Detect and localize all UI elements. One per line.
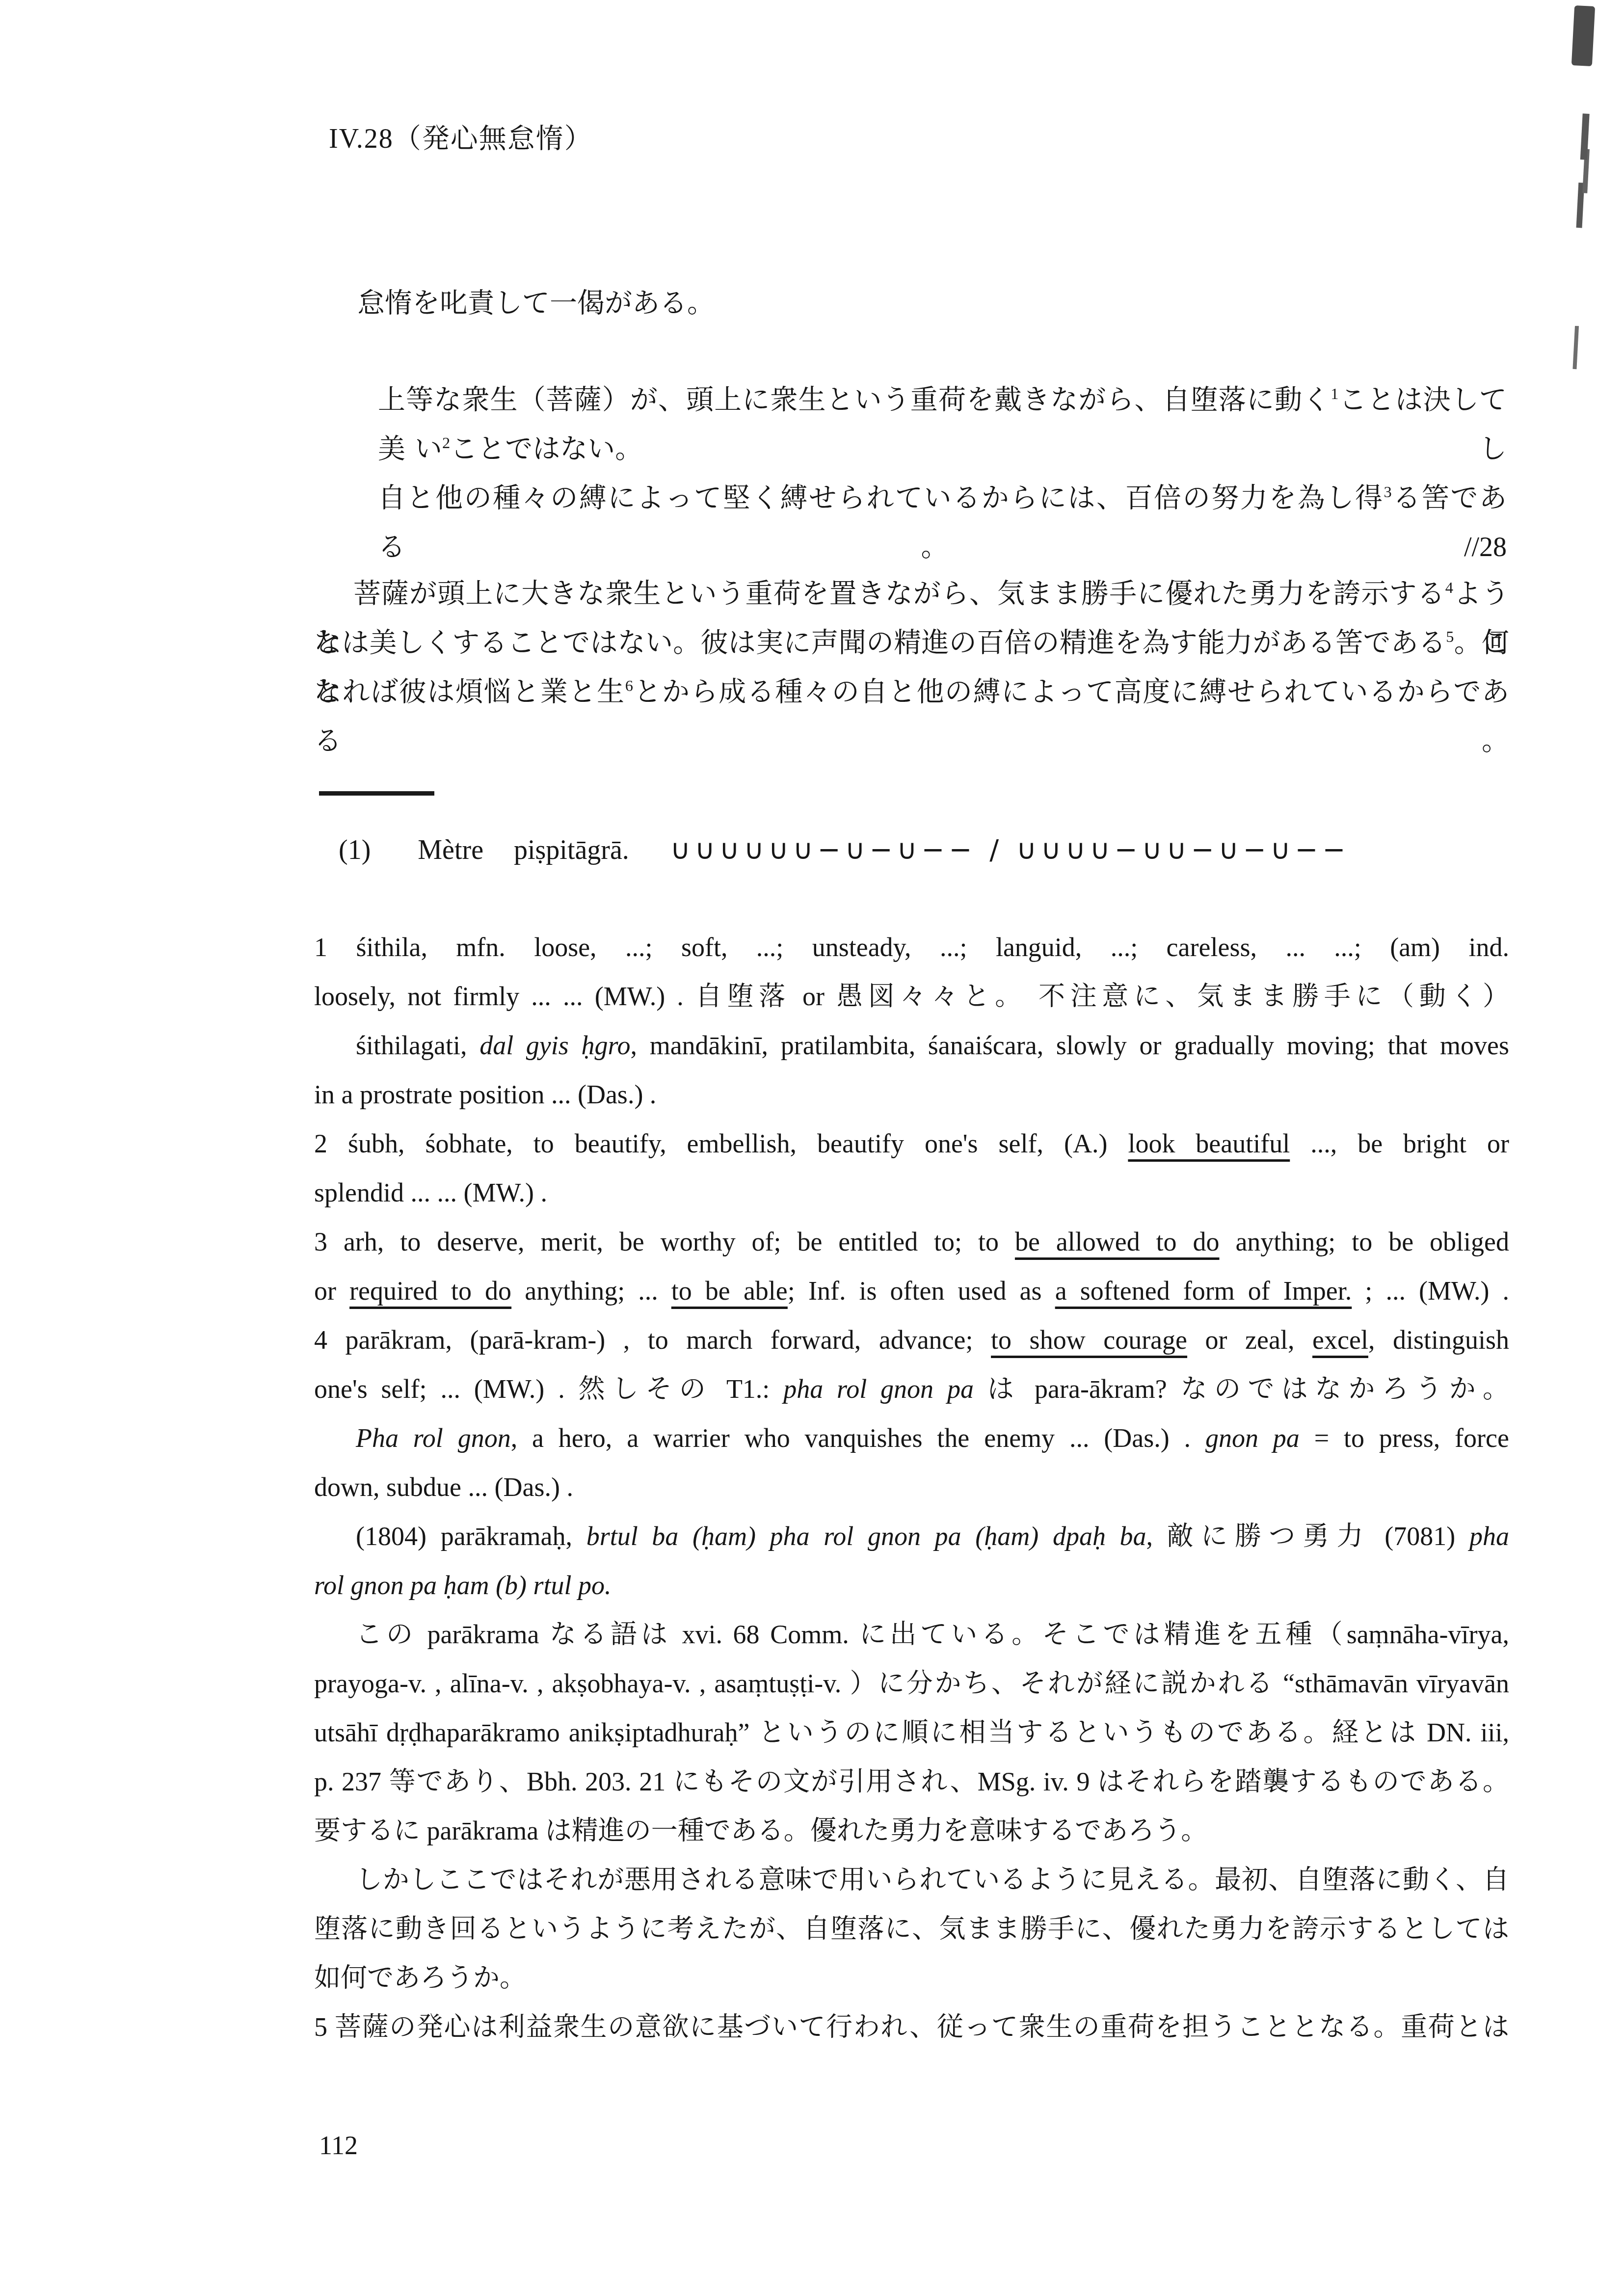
text-line: down, subdue ... (Das.) . xyxy=(314,1463,1509,1512)
metre-line: (1)Mètrepiṣpitāgrā.∪∪∪∪∪∪−∪−∪−− / ∪∪∪∪−∪… xyxy=(339,826,1350,875)
text-segment: 要するに parākrama は精進の一種である。優れた勇力を意味するであろう。 xyxy=(314,1816,1207,1845)
page-header: IV.28（発心無怠惰） xyxy=(329,117,593,156)
text-segment: 2 śubh, śobhate, to beautify, embellish,… xyxy=(314,1129,1128,1158)
text-segment: ; ... (MW.) . xyxy=(1352,1276,1509,1306)
text-segment: ことではない。 xyxy=(450,434,642,464)
text-segment: 自と他の種々の縛によって堅く縛せられているからには、百倍の努力を為し得 xyxy=(378,483,1384,513)
text-segment: in a prostrate position ... (Das.) . xyxy=(314,1080,656,1109)
text-line: Pha rol gnon, a hero, a warrier who vanq… xyxy=(314,1414,1509,1463)
text-segment: or zeal, xyxy=(1187,1325,1312,1355)
text-segment: (1804) parākramaḥ, xyxy=(356,1522,586,1551)
text-segment: look beautiful xyxy=(1128,1129,1290,1158)
text-segment: しかしここではそれが悪用される意味で用いられているように見える。最初、自堕落に動… xyxy=(356,1865,1509,1895)
text-segment: splendid ... ... (MW.) . xyxy=(314,1178,547,1207)
text-segment: utsāhī dṛḍhaparākramo anikṣiptadhuraḥ” と… xyxy=(314,1718,1509,1747)
note-ref: 6 xyxy=(625,677,633,695)
text-segment: 菩薩が頭上に大きな衆生という重荷を置きながら、気まま勝手に優れた勇力を誇示する xyxy=(353,579,1445,609)
text-segment: gnon pa xyxy=(1205,1423,1300,1453)
text-segment: なれば彼は煩悩と業と生 xyxy=(314,677,625,707)
text-line: とは美しくすることではない。彼は実に声聞の精進の百倍の精進を為す能力がある筈であ… xyxy=(314,618,1509,667)
text-line: or required to do anything; ... to be ab… xyxy=(314,1266,1509,1315)
text-segment: ..., be bright or xyxy=(1290,1129,1509,1158)
text-segment: は para-ākram? なのではなかろうか。 xyxy=(974,1374,1509,1404)
text-segment: to be able xyxy=(671,1276,788,1306)
text-segment: この parākrama なる語は xvi. 68 Comm. に出ている。そこ… xyxy=(356,1620,1509,1649)
text-line: 上等な衆生（菩薩）が、頭上に衆生という重荷を戴きながら、自堕落に動く1ことは決し… xyxy=(378,375,1507,425)
notes-block: 1 śithila, mfn. loose, ...; soft, ...; u… xyxy=(314,923,1509,2052)
text-line: splendid ... ... (MW.) . xyxy=(314,1168,1509,1217)
text-segment: p. 237 等であり、Bbh. 203. 21 にもその文が引用され、MSg.… xyxy=(314,1767,1509,1796)
text-segment: one's self; ... (MW.) . 然しその T1.: xyxy=(314,1374,783,1404)
text-line: 堕落に動き回るというように考えたが、自堕落に、気まま勝手に、優れた勇力を誇示する… xyxy=(314,1904,1509,1953)
text-segment: 3 arh, to deserve, merit, be worthy of; … xyxy=(314,1227,1015,1256)
text-segment: , mandākinī, pratilambita, śanaiścara, s… xyxy=(630,1031,1509,1060)
text-segment: or xyxy=(314,1276,349,1306)
text-line: この parākrama なる語は xvi. 68 Comm. に出ている。そこ… xyxy=(314,1610,1509,1659)
text-segment: とは美しくすることではない。彼は実に声聞の精進の百倍の精進を為す能力がある筈であ… xyxy=(314,628,1446,658)
text-segment: 5 菩薩の発心は利益衆生の意欲に基づいて行われ、従って衆生の重荷を担うこととなる… xyxy=(314,2012,1509,2042)
text-segment: い xyxy=(415,434,442,464)
text-line: 2 śubh, śobhate, to beautify, embellish,… xyxy=(314,1119,1509,1168)
text-segment: , distinguish xyxy=(1368,1325,1509,1355)
text-segment: rol gnon pa ḥam (b) rtul po. xyxy=(314,1571,612,1600)
text-segment: 堕落に動き回るというように考えたが、自堕落に、気まま勝手に、優れた勇力を誇示する… xyxy=(314,1914,1509,1944)
text-segment: loosely, not firmly ... ... (MW.) . 自堕落 … xyxy=(314,982,1509,1011)
text-line: 自と他の種々の縛によって堅く縛せられているからには、百倍の努力を為し得3る筈であ… xyxy=(378,474,1507,523)
text-line: 要するに parākrama は精進の一種である。優れた勇力を意味するであろう。 xyxy=(314,1806,1509,1855)
note-ref: 3 xyxy=(1384,483,1392,501)
text-line: 菩薩が頭上に大きな衆生という重荷を置きながら、気まま勝手に優れた勇力を誇示する4… xyxy=(314,569,1509,618)
note-ref: 5 xyxy=(1446,628,1454,646)
text-segment: excel xyxy=(1312,1325,1368,1355)
text-line: しかしここではそれが悪用される意味で用いられているように見える。最初、自堕落に動… xyxy=(314,1855,1509,1904)
text-segment: brtul ba (ḥam) pha rol gnon pa (ḥam) dpa… xyxy=(586,1522,1146,1551)
note-ref: 2 xyxy=(442,434,450,452)
text-line: utsāhī dṛḍhaparākramo anikṣiptadhuraḥ” と… xyxy=(314,1708,1509,1757)
text-segment: 1 śithila, mfn. loose, ...; soft, ...; u… xyxy=(314,933,1509,962)
note-ref: 1 xyxy=(1331,385,1338,403)
text-segment: , a hero, a warrier who vanquishes the e… xyxy=(511,1423,1205,1453)
text-line: one's self; ... (MW.) . 然しその T1.: pha ro… xyxy=(314,1364,1509,1414)
text-line: 1 śithila, mfn. loose, ...; soft, ...; u… xyxy=(314,923,1509,972)
text-segment: to show courage xyxy=(991,1325,1187,1355)
metre-word: Mètre xyxy=(418,835,483,865)
note-ref: 4 xyxy=(1445,579,1453,597)
text-segment: Pha rol gnon xyxy=(356,1423,511,1453)
text-segment: 如何であろうか。 xyxy=(314,1963,526,1993)
text-line: in a prostrate position ... (Das.) . xyxy=(314,1070,1509,1119)
text-segment: 上等な衆生（菩薩）が、頭上に衆生という重荷を戴きながら、自堕落に動く xyxy=(378,385,1331,415)
page-number: 112 xyxy=(319,2130,358,2161)
text-segment: be allowed to do xyxy=(1015,1227,1220,1256)
text-line: 3 arh, to deserve, merit, be worthy of; … xyxy=(314,1217,1509,1266)
commentary-block: 菩薩が頭上に大きな衆生という重荷を置きながら、気まま勝手に優れた勇力を誇示する4… xyxy=(314,569,1509,717)
text-line: 5 菩薩の発心は利益衆生の意欲に基づいて行われ、従って衆生の重荷を担うこととなる… xyxy=(314,2002,1509,2052)
text-line: (1804) parākramaḥ, brtul ba (ḥam) pha ro… xyxy=(314,1512,1509,1561)
text-segment: required to do xyxy=(349,1276,511,1306)
text-segment: anything; ... xyxy=(511,1276,671,1306)
text-line: prayoga-v. , alīna-v. , akṣobhaya-v. , a… xyxy=(314,1659,1509,1708)
scanned-page: IV.28（発心無怠惰） 怠惰を叱責して一偈がある。 上等な衆生（菩薩）が、頭上… xyxy=(0,0,1624,2296)
text-segment: dal gyis ḥgro xyxy=(479,1031,630,1060)
scan-artifact xyxy=(1571,5,1595,66)
text-segment: ; Inf. is often used as xyxy=(788,1276,1055,1306)
text-segment: a softened form of Imper. xyxy=(1055,1276,1352,1306)
text-segment: = to press, force xyxy=(1300,1423,1509,1453)
verse-block: 上等な衆生（菩薩）が、頭上に衆生という重荷を戴きながら、自堕落に動く1ことは決し… xyxy=(378,375,1507,523)
text-line: śithilagati, dal gyis ḥgro, mandākinī, p… xyxy=(314,1021,1509,1070)
text-segment: pha rol gnon pa xyxy=(783,1374,974,1404)
text-segment: 4 parākram, (parā-kram-) , to march forw… xyxy=(314,1325,991,1355)
text-line: 4 parākram, (parā-kram-) , to march forw… xyxy=(314,1315,1509,1364)
text-segment: pha xyxy=(1469,1522,1509,1551)
text-segment: anything; to be obliged xyxy=(1220,1227,1510,1256)
text-segment: prayoga-v. , alīna-v. , akṣobhaya-v. , a… xyxy=(314,1669,1509,1698)
text-line: rol gnon pa ḥam (b) rtul po. xyxy=(314,1561,1509,1610)
section-divider xyxy=(319,791,434,796)
text-segment: śithilagati, xyxy=(356,1031,479,1060)
text-segment: , 敵に勝つ勇力 (7081) xyxy=(1146,1522,1469,1551)
text-line: 如何であろうか。 xyxy=(314,1953,1509,2002)
metre-name: piṣpitāgrā. xyxy=(514,835,629,865)
text-line: なれば彼は煩悩と業と生6とから成る種々の自と他の縛によって高度に縛せられているか… xyxy=(314,667,1509,717)
text-line: p. 237 等であり、Bbh. 203. 21 にもその文が引用され、MSg.… xyxy=(314,1757,1509,1806)
text-line: loosely, not firmly ... ... (MW.) . 自堕落 … xyxy=(314,972,1509,1021)
metre-number: (1) xyxy=(339,835,371,865)
text-segment: down, subdue ... (Das.) . xyxy=(314,1472,573,1502)
metre-pattern: ∪∪∪∪∪∪−∪−∪−− / ∪∪∪∪−∪∪−∪−∪−− xyxy=(670,834,1350,866)
lead-paragraph: 怠惰を叱責して一偈がある。 xyxy=(357,279,715,328)
